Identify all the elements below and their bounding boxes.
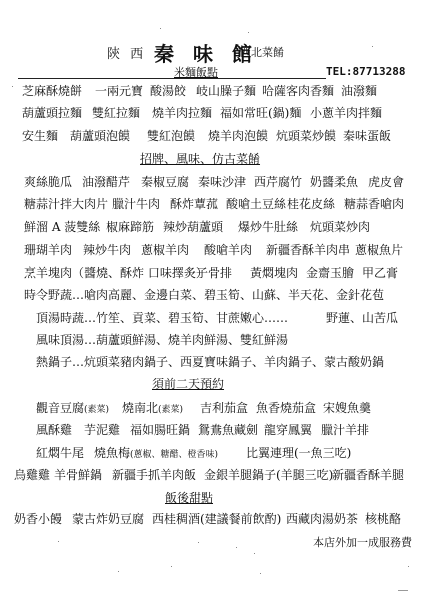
subtitle: 米麵飯點 [174, 64, 218, 80]
menu-item: 炙子骨排 [184, 264, 232, 281]
menu-row: 烹羊塊肉（醬燒、酥炸 口味擇一） 炙子骨排 黃燜塊肉 金齋玉膾 甲乙膏 [0, 264, 424, 284]
scan-speck [260, 573, 261, 574]
menu-item: 比翼連理(一魚三吃) [246, 444, 351, 461]
menu-item: 蔥椒魚片 [355, 241, 403, 258]
menu-item: 爆炒牛肚絲 [238, 218, 298, 235]
menu-item: 椒麻蹄筋 [106, 218, 154, 235]
telephone: TEL:87713288 [326, 65, 405, 78]
menu-item: 臘汁羊排 [321, 421, 369, 438]
menu-item: 哈薩客肉香麵 [262, 82, 334, 99]
menu-item: 虎皮會 [368, 173, 404, 190]
item-note: (蔥椒、糖醋、橙香味) [130, 450, 218, 460]
menu-item: 西桂稠酒(建議餐前飲酌) [152, 510, 281, 527]
top-soup-vegetables-extra: 野蓮、山苦瓜 [326, 309, 398, 326]
menu-item: 燒南北(素菜) [122, 399, 183, 416]
menu-item: 烹羊塊肉（醬燒、酥炸 口味擇一） [24, 264, 208, 281]
menu-item: 辣炒葫蘆頭 [163, 218, 223, 235]
menu-item: 珊瑚羊肉 [24, 241, 72, 258]
menu-item: 雙紅拉麵 [92, 104, 140, 121]
menu-item: 金齋玉膾 [306, 264, 354, 281]
menu-item: 秦椒豆腐 [141, 173, 189, 190]
menu-page: 陝 西 秦 味 館 西北菜餚 米麵飯點 TEL:87713288 芝麻酥燒餅 一… [0, 0, 424, 600]
menu-row: 芝麻酥燒餅 一兩元寶 酸湯餃 岐山臊子麵 哈薩客肉香麵 油潑麵 [0, 82, 424, 102]
seasonal-vegetables: 時令野蔬…嗆肉高麗、金邊白菜、碧玉筍、山蘇、半天花、金針花苞 [24, 286, 384, 303]
scan-mark [398, 590, 408, 591]
menu-item: 奶醬柔魚 [310, 173, 358, 190]
menu-item: 酸嗆羊肉 [204, 241, 252, 258]
menu-item: 辣炒牛肉 [83, 241, 131, 258]
menu-item: 小蔥羊肉拌麵 [310, 104, 382, 121]
menu-item: 魚香燒茄盒 [256, 399, 316, 416]
menu-item: 油潑醋芹 [82, 173, 130, 190]
menu-item: 風酥雞 [36, 421, 72, 438]
top-soup-vegetables: 頂湯時蔬…竹笙、貢菜、碧玉筍、甘蔗嫩心…… [36, 309, 288, 326]
flavor-soups: 風味頂湯…葫蘆頭鮮湯、燒羊肉鮮湯、雙紅鮮湯 [36, 331, 288, 348]
menu-item: 糖蒜汁拌大肉片 [24, 195, 108, 212]
menu-row: 鮮溜 A 菠雙絲 椒麻蹄筋 辣炒葫蘆頭 爆炒牛肚絲 炕頭菜炒肉 [0, 218, 424, 238]
menu-item: 桂花皮絲 [287, 195, 335, 212]
scan-speck [118, 571, 119, 572]
menu-row: 爽絲脆瓜 油潑醋芹 秦椒豆腐 秦味沙津 西芹腐竹 奶醬柔魚 虎皮會 [0, 173, 424, 193]
scan-speck [372, 46, 373, 47]
menu-item: 酸嗆土豆絲 [226, 195, 286, 212]
menu-item: 烏雞雞 [14, 466, 50, 483]
menu-item: 酥炸蕈菰 [170, 195, 218, 212]
menu-item: 炕頭菜炒饃 [276, 127, 336, 144]
menu-item: 糖蒜香嗆肉 [344, 195, 404, 212]
menu-item: 黃燜塊肉 [250, 264, 298, 281]
item-name: 觀音豆腐 [36, 401, 84, 415]
item-name: 燒魚梅 [94, 446, 130, 460]
menu-item: 安生麵 [22, 127, 58, 144]
scan-speck [160, 28, 161, 29]
menu-row: 珊瑚羊肉 辣炒牛肉 蔥椒羊肉 酸嗆羊肉 新疆香酥羊肉串 蔥椒魚片 [0, 241, 424, 261]
scan-speck [12, 86, 13, 87]
scan-speck [171, 566, 172, 567]
menu-item: 油潑麵 [341, 82, 377, 99]
menu-row: 安生麵 葫蘆頭泡饃 雙紅泡饃 燒羊肉泡饃 炕頭菜炒饃 秦味蛋飯 [0, 127, 424, 147]
menu-item: 新疆香酥羊腿 [332, 466, 404, 483]
menu-row: 奶香小饅 蒙古炸奶豆腐 西桂稠酒(建議餐前飲酌) 西藏肉湯奶茶 核桃酪 [0, 510, 424, 530]
menu-item: 雙紅泡饃 [147, 127, 195, 144]
service-charge-note: 本店外加一成服務費 [313, 534, 412, 550]
menu-item: 甲乙膏 [362, 264, 398, 281]
menu-item: 奶香小饅 [14, 510, 62, 527]
scan-speck [236, 547, 237, 548]
menu-item: 葫蘆頭泡饃 [70, 127, 130, 144]
menu-row: 紅燜牛尾 燒魚梅(蔥椒、糖醋、橙香味) 比翼連理(一魚三吃) [0, 444, 424, 464]
scan-speck [254, 553, 255, 554]
scan-speck [198, 542, 199, 543]
menu-item: 燒魚梅(蔥椒、糖醋、橙香味) [94, 444, 218, 461]
menu-item: 岐山臊子麵 [196, 82, 256, 99]
menu-item: 鮮溜 A 菠雙絲 [24, 218, 100, 235]
scan-speck [58, 541, 59, 542]
menu-item: 紅燜牛尾 [36, 444, 84, 461]
menu-row: 風酥雞 芋泥雞 福如腸旺鍋 鴛鴦魚藏劍 龍穿鳳翼 臘汁羊排 [0, 421, 424, 441]
menu-item: 葫蘆頭拉麵 [22, 104, 82, 121]
scan-speck [408, 566, 409, 567]
menu-item: 燒羊肉泡饃 [208, 127, 268, 144]
menu-row: 糖蒜汁拌大肉片 臘汁牛肉 酥炸蕈菰 酸嗆土豆絲 桂花皮絲 糖蒜香嗆肉 [0, 195, 424, 215]
item-note: (素菜) [84, 405, 109, 415]
menu-item: 鴛鴦魚藏劍 [198, 421, 258, 438]
item-name: 燒南北 [122, 401, 158, 415]
menu-item: 宋嫂魚羹 [323, 399, 371, 416]
header-rule [18, 78, 326, 79]
menu-item: 福如常旺(鍋)麵 [220, 104, 301, 121]
scan-speck [248, 32, 249, 33]
menu-item: 炕頭菜炒肉 [310, 218, 370, 235]
menu-item: 觀音豆腐(素菜) [36, 399, 109, 416]
section-heading-dessert: 飯後甜點 [165, 489, 213, 506]
menu-item: 秦味沙津 [198, 173, 246, 190]
item-note: (素菜) [158, 405, 183, 415]
menu-item: 芋泥雞 [84, 421, 120, 438]
menu-item: 西芹腐竹 [254, 173, 302, 190]
menu-item: 西藏肉湯奶茶 [286, 510, 358, 527]
menu-row: 烏雞雞 羊骨鮮鍋 新疆手抓羊肉飯 金銀羊腿鍋子(羊腿三吃) 新疆香酥羊腿 [0, 466, 424, 486]
menu-item: 新疆香酥羊肉串 [266, 241, 350, 258]
menu-item: 吉利茄盒 [200, 399, 248, 416]
menu-item: 芝麻酥燒餅 [22, 82, 82, 99]
menu-item: 福如腸旺鍋 [130, 421, 190, 438]
menu-item: 蔥椒羊肉 [141, 241, 189, 258]
menu-item: 龍穿鳳翼 [264, 421, 312, 438]
cuisine-label: 西北菜餚 [240, 44, 284, 60]
menu-item: 金銀羊腿鍋子(羊腿三吃) [204, 466, 333, 483]
menu-item: 核桃酪 [365, 510, 401, 527]
section-heading-reservation: 須前二天預約 [152, 375, 224, 392]
hot-pots: 熱鍋子…炕頭菜豬肉鍋子、西夏寶味鍋子、羊肉鍋子、蒙古酸奶鍋 [36, 353, 384, 370]
menu-item: 爽絲脆瓜 [24, 173, 72, 190]
menu-item: 秦味蛋飯 [343, 127, 391, 144]
menu-item: 臘汁牛肉 [112, 195, 160, 212]
menu-item: 一兩元寶 [95, 82, 143, 99]
region-label: 陝 西 [107, 43, 146, 62]
menu-row: 觀音豆腐(素菜) 燒南北(素菜) 吉利茄盒 魚香燒茄盒 宋嫂魚羹 [0, 399, 424, 419]
menu-row: 葫蘆頭拉麵 雙紅拉麵 燒羊肉拉麵 福如常旺(鍋)麵 小蔥羊肉拌麵 [0, 104, 424, 124]
menu-item: 酸湯餃 [150, 82, 186, 99]
menu-item: 燒羊肉拉麵 [152, 104, 212, 121]
menu-item: 新疆手抓羊肉飯 [112, 466, 196, 483]
menu-item: 羊骨鮮鍋 [54, 466, 102, 483]
menu-item: 蒙古炸奶豆腐 [72, 510, 144, 527]
section-heading-signature: 招牌、風味、仿古菜餚 [140, 150, 260, 167]
